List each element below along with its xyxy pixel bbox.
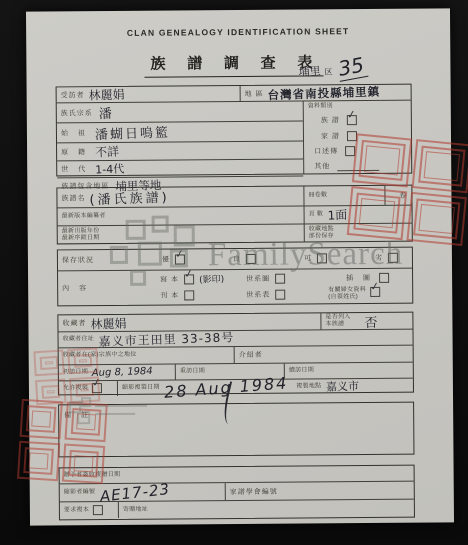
copy-permit-label: 允許複製 xyxy=(63,385,88,392)
editor-label: 最新版本編纂者 xyxy=(62,213,106,220)
content-label: 內 容 xyxy=(62,283,90,293)
oral-tradition-label: 口述傳 xyxy=(314,146,338,156)
option-family-genealogy: 家 譜 xyxy=(308,130,407,141)
condition-options: 優 ✓ 良 可 劣 xyxy=(148,253,412,265)
interviewer-value: 林麗娟 xyxy=(88,85,125,103)
cell-first-visit: 初訪日期 Aug 8, 1984 xyxy=(59,364,175,380)
first-visit-value: Aug 8, 1984 xyxy=(92,366,153,379)
cell-volumes: 冊卷數 卷 xyxy=(303,186,411,206)
option-oral-tradition: 口述傳 xyxy=(308,145,407,156)
manuscript-note: (影印) xyxy=(199,272,224,286)
cell-genealogy-name: 族譜名 (潘氏族譜) xyxy=(57,186,303,207)
origin-value: 不詳 xyxy=(95,143,120,161)
check-mark: ✓ xyxy=(91,376,102,390)
copy-request-checkbox xyxy=(93,505,103,515)
block1-body: 族氏宗系 潘 始 祖 潘蝴日嗚籃 原 籍 不詳 世 代 1-4代 xyxy=(57,100,412,177)
excellent-checkbox: ✓ xyxy=(175,254,185,264)
family-genealogy-label: 家 譜 xyxy=(321,131,340,141)
area-value: 台灣省南投縣埔里鎮 xyxy=(267,83,380,103)
introducer-label: 介紹者 xyxy=(239,350,263,360)
fair-label: 可 xyxy=(304,253,312,263)
option-other: 其他 xyxy=(308,161,407,172)
row-ids: 縮影者編號 AE17-23 家譜學會編號 xyxy=(60,481,414,502)
check-mark: ✓ xyxy=(346,108,357,122)
option-excellent: 優 ✓ xyxy=(162,254,185,264)
category-header: 資料類別 xyxy=(308,103,407,111)
row-clan-surname: 族氏宗系 潘 xyxy=(57,102,303,123)
row-condition: 保存狀況 優 ✓ 良 可 劣 xyxy=(58,248,412,271)
cell-condition-label: 保存狀況 xyxy=(58,250,148,271)
row-owner-address: 收藏者住址 嘉义市王田里 33-38号 xyxy=(59,329,413,348)
illustration-checkbox xyxy=(379,273,389,283)
row-generations: 世 代 1-4代 xyxy=(57,159,303,178)
check-mark: ✓ xyxy=(183,267,194,281)
block-identification: 受訪者 林麗娟 地 區 台灣省南投縣埔里鎮 族氏宗系 潘 始 祖 潘蝴日嗚籃 xyxy=(56,84,413,177)
women-data-sublabel: (自領姓氏) xyxy=(328,294,366,301)
other-blank-line xyxy=(337,161,379,170)
poor-checkbox xyxy=(388,253,398,263)
check-mark: ✓ xyxy=(369,279,380,293)
option-good: 良 xyxy=(233,254,256,264)
option-poor: 劣 xyxy=(375,253,398,263)
cell-copy-permit: 允許複製 ✓ xyxy=(59,381,117,397)
first-visit-label: 初訪日期 xyxy=(63,369,88,376)
film-place-label: 複製地點 xyxy=(296,383,321,390)
cell-donor: 贈予者簽收複贈日期 xyxy=(60,468,125,484)
pages-label: 頁 數 xyxy=(309,211,324,218)
annotation-unit: 区 xyxy=(325,66,334,78)
manuscript-checkbox: ✓ xyxy=(184,274,194,284)
option-fair: 可 xyxy=(304,253,327,263)
pedigree-chart-label: 世系圖 xyxy=(246,274,270,284)
content-line-2: 刊 本 世系表 有關婦女資料 (自領姓氏) ✓ xyxy=(148,286,412,302)
cell-publication-dates: 最新出版年份 最新序跋日期 xyxy=(58,224,304,243)
cell-interviewer: 受訪者 林麗娟 xyxy=(57,86,240,102)
clan-surname-value: 潘 xyxy=(98,103,112,122)
generations-value: 1-4代 xyxy=(95,161,124,178)
option-pedigree-chart: 世系圖 xyxy=(246,273,328,284)
cell-camera-id: 縮影者編號 AE17-23 xyxy=(60,483,225,501)
owner-label: 收藏者 xyxy=(62,318,86,328)
cell-content-label: 內 容 xyxy=(58,271,148,306)
cell-followup-visit: 續訪日期 xyxy=(284,362,413,378)
cell-owner-position: 收藏者在(家)宗族中之地位 xyxy=(59,347,234,364)
good-checkbox xyxy=(246,254,256,264)
partial-keep-label: 部份保存 xyxy=(309,233,334,240)
pedigree-table-label: 世系表 xyxy=(246,289,270,299)
block-genealogy-info: 族譜名 (潘氏族譜) 冊卷數 卷 最新版本編纂者 頁 數 1面 xyxy=(56,185,412,245)
option-women-data: 有關婦女資料 (自領姓氏) ✓ xyxy=(328,287,380,301)
option-printed: 刊 本 xyxy=(148,290,246,301)
excellent-label: 優 xyxy=(162,255,170,265)
block-filing: 贈予者簽收複贈日期 縮影者編號 AE17-23 家譜學會編號 要求複本 寄贈地 xyxy=(59,465,415,521)
row-publication: 最新出版年份 最新序跋日期 收藏地點 部份保存 xyxy=(58,223,412,244)
check-mark: ✓ xyxy=(174,247,185,261)
block-notes: 備 註 xyxy=(58,402,414,458)
other-label: 其他 xyxy=(314,161,330,171)
english-header: CLAN GENEALOGY IDENTIFICATION SHEET xyxy=(26,25,450,38)
donor-label: 贈予者簽收複贈日期 xyxy=(64,472,121,479)
clan-surname-label: 族氏宗系 xyxy=(61,108,93,118)
first-ancestor-value: 潘蝴日嗚籃 xyxy=(95,122,171,144)
copy-request-label: 要求複本 xyxy=(64,507,89,514)
clan-genealogy-checkbox: ✓ xyxy=(347,115,357,125)
block1-category-column: 資料類別 族 譜 ✓ 家 譜 口述傳 其他 xyxy=(304,101,412,175)
cell-area: 地 區 台灣省南投縣埔里鎮 xyxy=(240,85,411,101)
annotation-number: 35 xyxy=(335,52,368,82)
option-clan-genealogy: 族 譜 ✓ xyxy=(308,115,407,126)
scan-background: CLAN GENEALOGY IDENTIFICATION SHEET 族 譜 … xyxy=(0,0,468,545)
fair-checkbox xyxy=(317,253,327,263)
origin-label: 原 籍 xyxy=(61,147,89,157)
content-options: 寫 本 ✓ (影印) 世系圖 插 圖 xyxy=(148,269,412,305)
listed-value: 否 xyxy=(364,311,378,330)
cell-society-id: 家譜學會編號 xyxy=(225,482,414,500)
cell-mail-address: 寄贈地址 xyxy=(118,500,414,518)
cell-introducer: 介紹者 xyxy=(234,346,413,363)
row-interviewer: 受訪者 林麗娟 地 區 台灣省南投縣埔里鎮 xyxy=(57,85,411,103)
interviewer-label: 受訪者 xyxy=(61,90,85,100)
women-data-checkbox: ✓ xyxy=(370,287,380,297)
row-editor: 最新版本編纂者 頁 數 1面 xyxy=(58,205,412,226)
condition-label: 保存狀況 xyxy=(62,255,94,265)
pages-value: 1面 xyxy=(327,206,347,224)
block1-left-column: 族氏宗系 潘 始 祖 潘蝴日嗚籃 原 籍 不詳 世 代 1-4代 xyxy=(57,101,305,176)
row-first-ancestor: 始 祖 潘蝴日嗚籃 xyxy=(57,121,303,143)
camera-id-label: 縮影者編號 xyxy=(64,489,96,496)
area-label: 地 區 xyxy=(245,88,264,98)
pedigree-table-checkbox xyxy=(275,289,285,299)
option-illustration: 插 圖 xyxy=(328,273,389,283)
cell-owner-address: 收藏者住址 嘉义市王田里 33-38号 xyxy=(59,330,413,348)
printed-checkbox xyxy=(184,290,194,300)
option-pedigree-table: 世系表 xyxy=(246,289,328,300)
owner-value: 林麗娟 xyxy=(90,314,127,332)
printed-label: 刊 本 xyxy=(160,290,179,300)
genealogy-name-value: (潘氏族譜) xyxy=(89,187,170,209)
film-place-value: 嘉义市 xyxy=(325,378,359,395)
generations-label: 世 代 xyxy=(61,164,89,174)
family-genealogy-checkbox xyxy=(347,131,357,141)
listed-label-line2: 本族譜 xyxy=(325,321,350,328)
annotation-place: 埔里 xyxy=(298,63,321,80)
mail-address-label: 寄贈地址 xyxy=(123,506,148,513)
row-content: 內 容 寫 本 ✓ (影印) 世系圖 插 xyxy=(58,268,412,306)
handwritten-annotation: 埔里 区 35 xyxy=(298,54,367,82)
owner-position-label: 收藏者在(家)宗族中之地位 xyxy=(63,352,137,360)
form-title: 族 譜 調 查 表 xyxy=(144,51,323,77)
row-genealogy-name: 族譜名 (潘氏族譜) 冊卷數 卷 xyxy=(57,186,411,208)
notes-label: 備 註 xyxy=(64,410,92,420)
owner-address-label: 收藏者住址 xyxy=(63,336,95,343)
society-id-label: 家譜學會編號 xyxy=(230,486,278,496)
clan-genealogy-label: 族 譜 xyxy=(321,115,340,125)
first-ancestor-label: 始 祖 xyxy=(61,128,89,138)
preface-date-label: 最新序跋日期 xyxy=(62,235,100,242)
volumes-label: 冊卷數 xyxy=(308,192,327,199)
cell-keeping: 收藏地點 部份保存 xyxy=(304,224,412,242)
cell-film-info: 縮影複製日期 28 Aug 1984 複製地點 嘉义市 xyxy=(117,378,413,396)
genealogy-name-label: 族譜名 xyxy=(61,193,85,203)
oral-tradition-checkbox xyxy=(345,146,355,156)
revisit-label: 重訪日期 xyxy=(180,368,205,375)
pedigree-chart-checkbox xyxy=(275,273,285,283)
block-condition-content: 保存狀況 優 ✓ 良 可 劣 xyxy=(57,247,413,307)
cell-listed: 是否列入 本族譜 否 xyxy=(320,313,412,330)
option-manuscript: 寫 本 ✓ (影印) xyxy=(148,272,246,286)
poor-label: 劣 xyxy=(375,253,383,263)
form-paper: CLAN GENEALOGY IDENTIFICATION SHEET 族 譜 … xyxy=(26,8,454,525)
manuscript-label: 寫 本 xyxy=(160,274,179,284)
cell-pages: 頁 數 1面 xyxy=(304,206,412,224)
copy-permit-checkbox: ✓ xyxy=(92,383,102,393)
cell-editor: 最新版本編纂者 xyxy=(58,206,304,225)
row-origin: 原 籍 不詳 xyxy=(57,141,303,161)
row-owner: 收藏者 林麗娟 是否列入 本族譜 否 xyxy=(58,313,412,332)
followup-visit-label: 續訪日期 xyxy=(289,367,314,374)
film-date-label: 縮影複製日期 xyxy=(122,384,160,391)
volumes-unit-label: 卷 xyxy=(384,186,407,205)
good-label: 良 xyxy=(233,254,241,264)
